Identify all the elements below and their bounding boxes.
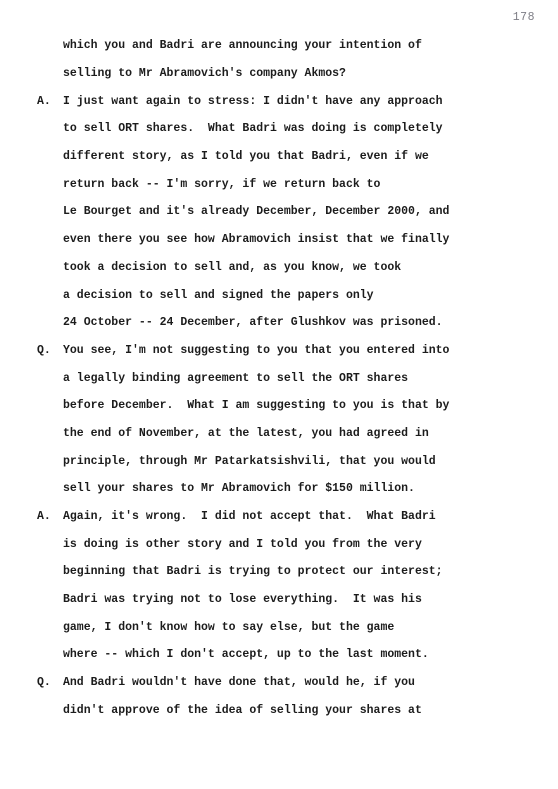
transcript-line: before December. What I am suggesting to… bbox=[37, 392, 548, 420]
transcript-text: 24 October -- 24 December, after Glushko… bbox=[63, 316, 443, 329]
transcript-line-speaker: Q.You see, I'm not suggesting to you tha… bbox=[37, 337, 548, 365]
transcript-line: a legally binding agreement to sell the … bbox=[37, 364, 548, 392]
transcript-line: game, I don't know how to say else, but … bbox=[37, 613, 548, 641]
transcript-text: Le Bourget and it's already December, De… bbox=[63, 205, 449, 218]
transcript-line-speaker: A.I just want again to stress: I didn't … bbox=[37, 87, 548, 115]
transcript-text: even there you see how Abramovich insist… bbox=[63, 233, 449, 246]
transcript-text: beginning that Badri is trying to protec… bbox=[63, 565, 443, 578]
transcript-text: And Badri wouldn't have done that, would… bbox=[63, 676, 415, 689]
transcript-text: the end of November, at the latest, you … bbox=[63, 427, 429, 440]
transcript-line: sell your shares to Mr Abramovich for $1… bbox=[37, 475, 548, 503]
transcript-line: return back -- I'm sorry, if we return b… bbox=[37, 170, 548, 198]
transcript-line: is doing is other story and I told you f… bbox=[37, 530, 548, 558]
transcript-text: didn't approve of the idea of selling yo… bbox=[63, 704, 422, 717]
transcript-line: even there you see how Abramovich insist… bbox=[37, 226, 548, 254]
transcript-text: game, I don't know how to say else, but … bbox=[63, 621, 394, 634]
speaker-marker: Q. bbox=[37, 676, 63, 689]
transcript-text: Badri was trying not to lose everything.… bbox=[63, 593, 422, 606]
transcript-line: Le Bourget and it's already December, De… bbox=[37, 198, 548, 226]
transcript-text: which you and Badri are announcing your … bbox=[63, 39, 422, 52]
transcript-text: where -- which I don't accept, up to the… bbox=[63, 648, 429, 661]
speaker-marker: A. bbox=[37, 95, 63, 108]
transcript-text: principle, through Mr Patarkatsishvili, … bbox=[63, 455, 436, 468]
transcript-line: which you and Badri are announcing your … bbox=[37, 32, 548, 60]
transcript-line: different story, as I told you that Badr… bbox=[37, 143, 548, 171]
transcript-line: beginning that Badri is trying to protec… bbox=[37, 558, 548, 586]
transcript-text: is doing is other story and I told you f… bbox=[63, 538, 422, 551]
transcript-line-speaker: A.Again, it's wrong. I did not accept th… bbox=[37, 503, 548, 531]
transcript-line: where -- which I don't accept, up to the… bbox=[37, 641, 548, 669]
transcript-line: to sell ORT shares. What Badri was doing… bbox=[37, 115, 548, 143]
transcript-text: took a decision to sell and, as you know… bbox=[63, 261, 401, 274]
transcript-text: selling to Mr Abramovich's company Akmos… bbox=[63, 67, 346, 80]
transcript-line: didn't approve of the idea of selling yo… bbox=[37, 697, 548, 725]
transcript-text: I just want again to stress: I didn't ha… bbox=[63, 95, 443, 108]
transcript-line: principle, through Mr Patarkatsishvili, … bbox=[37, 447, 548, 475]
transcript-text: different story, as I told you that Badr… bbox=[63, 150, 429, 163]
transcript-page: 178 which you and Badri are announcing y… bbox=[0, 0, 558, 789]
transcript-line: took a decision to sell and, as you know… bbox=[37, 254, 548, 282]
transcript-text: before December. What I am suggesting to… bbox=[63, 399, 449, 412]
transcript-text: return back -- I'm sorry, if we return b… bbox=[63, 178, 380, 191]
transcript-text: a legally binding agreement to sell the … bbox=[63, 372, 408, 385]
speaker-marker: A. bbox=[37, 510, 63, 523]
transcript-line: selling to Mr Abramovich's company Akmos… bbox=[37, 60, 548, 88]
transcript-line: Badri was trying not to lose everything.… bbox=[37, 586, 548, 614]
page-number: 178 bbox=[513, 11, 535, 24]
transcript-text: a decision to sell and signed the papers… bbox=[63, 289, 374, 302]
transcript-line: 24 October -- 24 December, after Glushko… bbox=[37, 309, 548, 337]
transcript-line: a decision to sell and signed the papers… bbox=[37, 281, 548, 309]
transcript-line: the end of November, at the latest, you … bbox=[37, 420, 548, 448]
speaker-marker: Q. bbox=[37, 344, 63, 357]
transcript-lines: which you and Badri are announcing your … bbox=[37, 32, 548, 724]
transcript-line-speaker: Q.And Badri wouldn't have done that, wou… bbox=[37, 669, 548, 697]
transcript-text: to sell ORT shares. What Badri was doing… bbox=[63, 122, 443, 135]
transcript-text: You see, I'm not suggesting to you that … bbox=[63, 344, 449, 357]
transcript-text: Again, it's wrong. I did not accept that… bbox=[63, 510, 436, 523]
transcript-text: sell your shares to Mr Abramovich for $1… bbox=[63, 482, 415, 495]
